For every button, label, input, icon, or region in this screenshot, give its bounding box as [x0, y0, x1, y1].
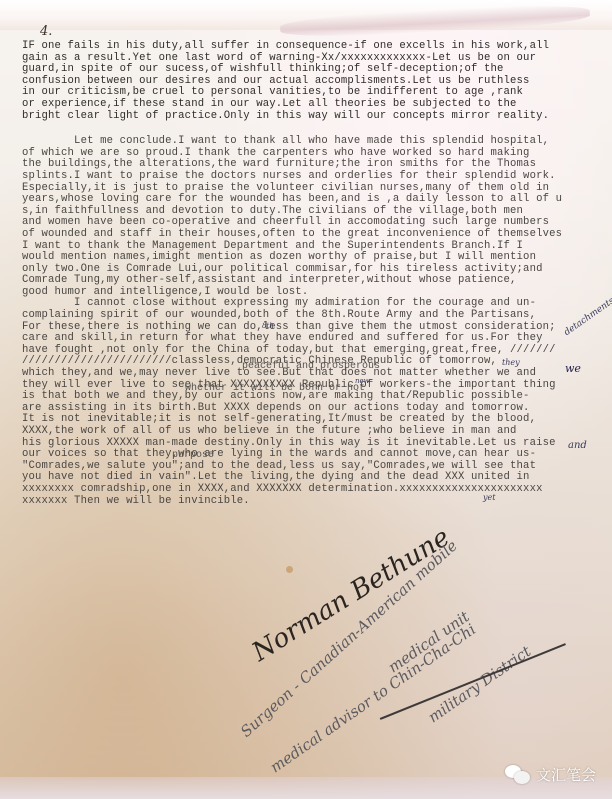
typed-text-body: IF one fails in his duty,all suffer in c…: [22, 41, 607, 507]
typed-line: would mention names,imight mention as do…: [22, 252, 607, 264]
insertion-purpose: purpose: [172, 450, 214, 461]
wechat-icon: [505, 765, 531, 785]
page-number: 4.: [40, 24, 52, 39]
typed-line: of wounded and staff in their houses,oft…: [22, 229, 607, 241]
annotation-they: they: [502, 358, 520, 367]
typed-line: years,whose loving care for the wounded …: [22, 194, 607, 206]
insertion-whether-born: whether it will be born or not: [185, 383, 365, 394]
typed-line: Let me conclude.I want to thank all who …: [22, 136, 607, 148]
typed-line: bright clear light of practice.Only in t…: [22, 111, 607, 123]
insertion-peaceful-prosperous: peaceful and prosperous: [242, 361, 380, 372]
annotation-8th: 8th: [262, 322, 274, 330]
watermark-label: 文汇笔会: [536, 764, 596, 785]
annotation-and: and: [568, 440, 587, 451]
annotation-new: new: [355, 377, 370, 385]
paper-stain: [286, 566, 293, 573]
typed-line: complaining spirit of our wounded,both o…: [22, 310, 607, 322]
typed-line: XXXX,the work of all of us who believe i…: [22, 426, 607, 438]
typed-line: xxxxxxx Then we will be invincible.: [22, 496, 607, 508]
typed-line: xxxxxxxx comradship,one in XXXX,and XXXX…: [22, 484, 607, 496]
annotation-we-right: we: [565, 362, 581, 375]
paragraph-gap: [22, 122, 607, 136]
typed-line: or experience,if these stand in our way.…: [22, 99, 607, 111]
typed-line: IF one fails in his duty,all suffer in c…: [22, 41, 607, 53]
document-page: 4. IF one fails in his duty,all suffer i…: [0, 0, 612, 799]
annotation-yet: yet: [483, 493, 495, 502]
watermark: 文汇笔会: [505, 764, 596, 785]
typed-line: splints.I want to praise the doctors nur…: [22, 171, 607, 183]
